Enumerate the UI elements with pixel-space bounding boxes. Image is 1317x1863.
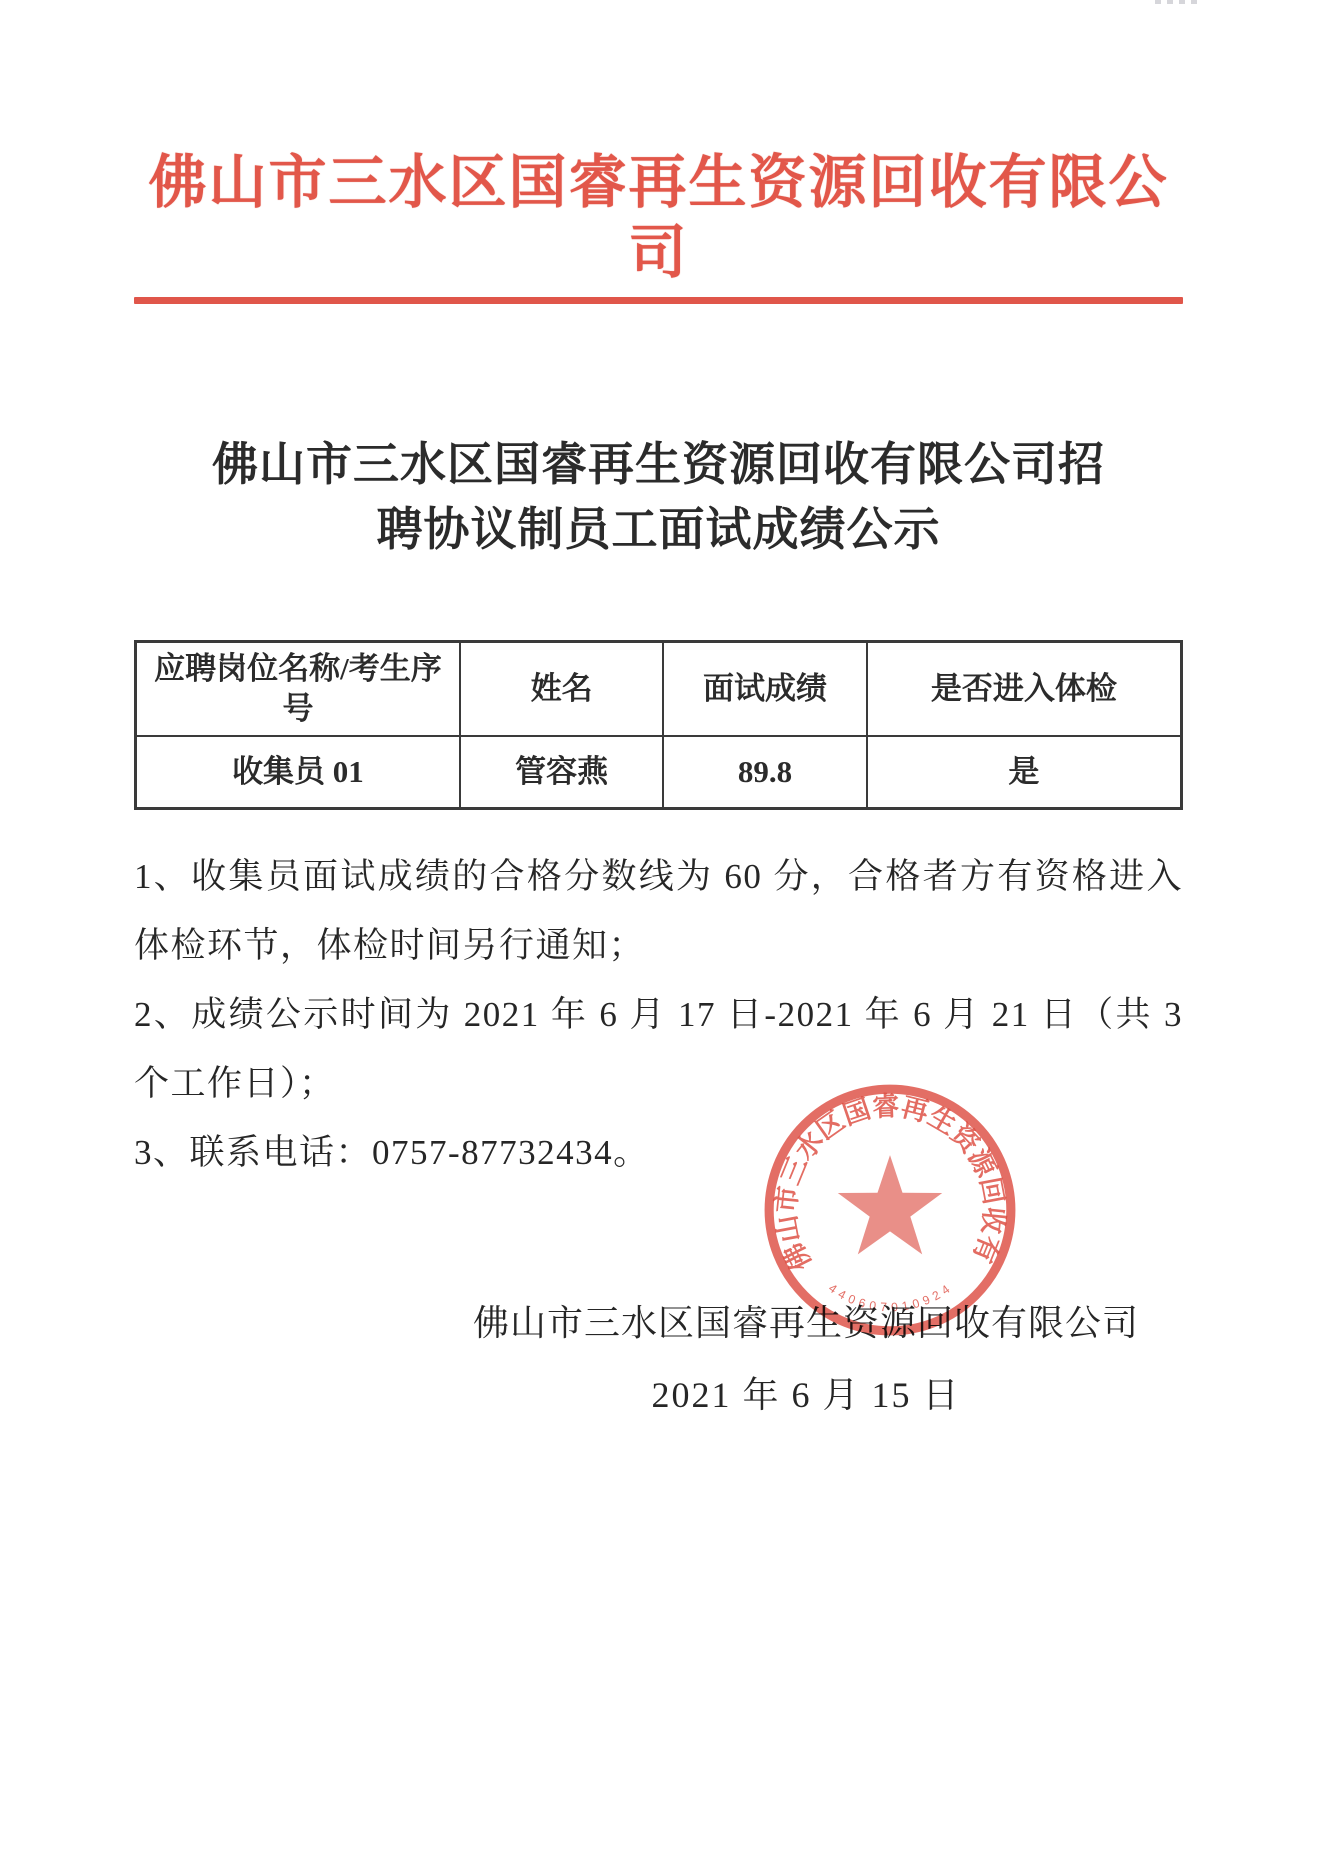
note-passing-line: 1、收集员面试成绩的合格分数线为 60 分，合格者方有资格进入体检环节，体检时间… [134,842,1183,980]
signature-date: 2021 年 6 月 15 日 [473,1371,1139,1419]
document-title-line2: 聘协议制员工面试成绩公示 [134,497,1183,562]
document-title: 佛山市三水区国睿再生资源回收有限公司招 聘协议制员工面试成绩公示 [134,432,1183,562]
cell-post: 收集员 01 [136,736,460,809]
note-contact-phone: 3、联系电话：0757-87732434。 [134,1118,1183,1187]
notes-section: 1、收集员面试成绩的合格分数线为 60 分，合格者方有资格进入体检环节，体检时间… [134,842,1183,1187]
table-row: 收集员 01 管容燕 89.8 是 [136,736,1182,809]
document-content: 佛山市三水区国睿再生资源回收有限公司 佛山市三水区国睿再生资源回收有限公司招 聘… [0,148,1317,1419]
interview-results-table: 应聘岗位名称/考生序号 姓名 面试成绩 是否进入体检 收集员 01 管容燕 89… [134,640,1183,810]
cell-score: 89.8 [663,736,866,809]
table-header: 应聘岗位名称/考生序号 姓名 面试成绩 是否进入体检 [136,642,1182,737]
letterhead-rule [134,297,1183,304]
header-name: 姓名 [460,642,663,737]
document-title-line1: 佛山市三水区国睿再生资源回收有限公司招 [134,432,1183,497]
cell-name: 管容燕 [460,736,663,809]
header-interview-score: 面试成绩 [663,642,866,737]
letterhead-company-title: 佛山市三水区国睿再生资源回收有限公司 [134,148,1183,287]
scan-artifact [1155,0,1199,4]
document-page: 佛山市三水区国睿再生资源回收有限公司 佛山市三水区国睿再生资源回收有限公司招 聘… [0,0,1317,1863]
header-physical-exam: 是否进入体检 [867,642,1182,737]
note-publicity-period: 2、成绩公示时间为 2021 年 6 月 17 日-2021 年 6 月 21 … [134,980,1183,1118]
header-post-and-candidate-number: 应聘岗位名称/考生序号 [136,642,460,737]
signature-company: 佛山市三水区国睿再生资源回收有限公司 [473,1299,1139,1347]
cell-physical-exam: 是 [867,736,1182,809]
table-header-row: 应聘岗位名称/考生序号 姓名 面试成绩 是否进入体检 [136,642,1182,737]
table-body: 收集员 01 管容燕 89.8 是 [136,736,1182,809]
signature-block: 佛山市三水区国睿再生资源回收有限公司 2021 年 6 月 15 日 [473,1299,1139,1419]
